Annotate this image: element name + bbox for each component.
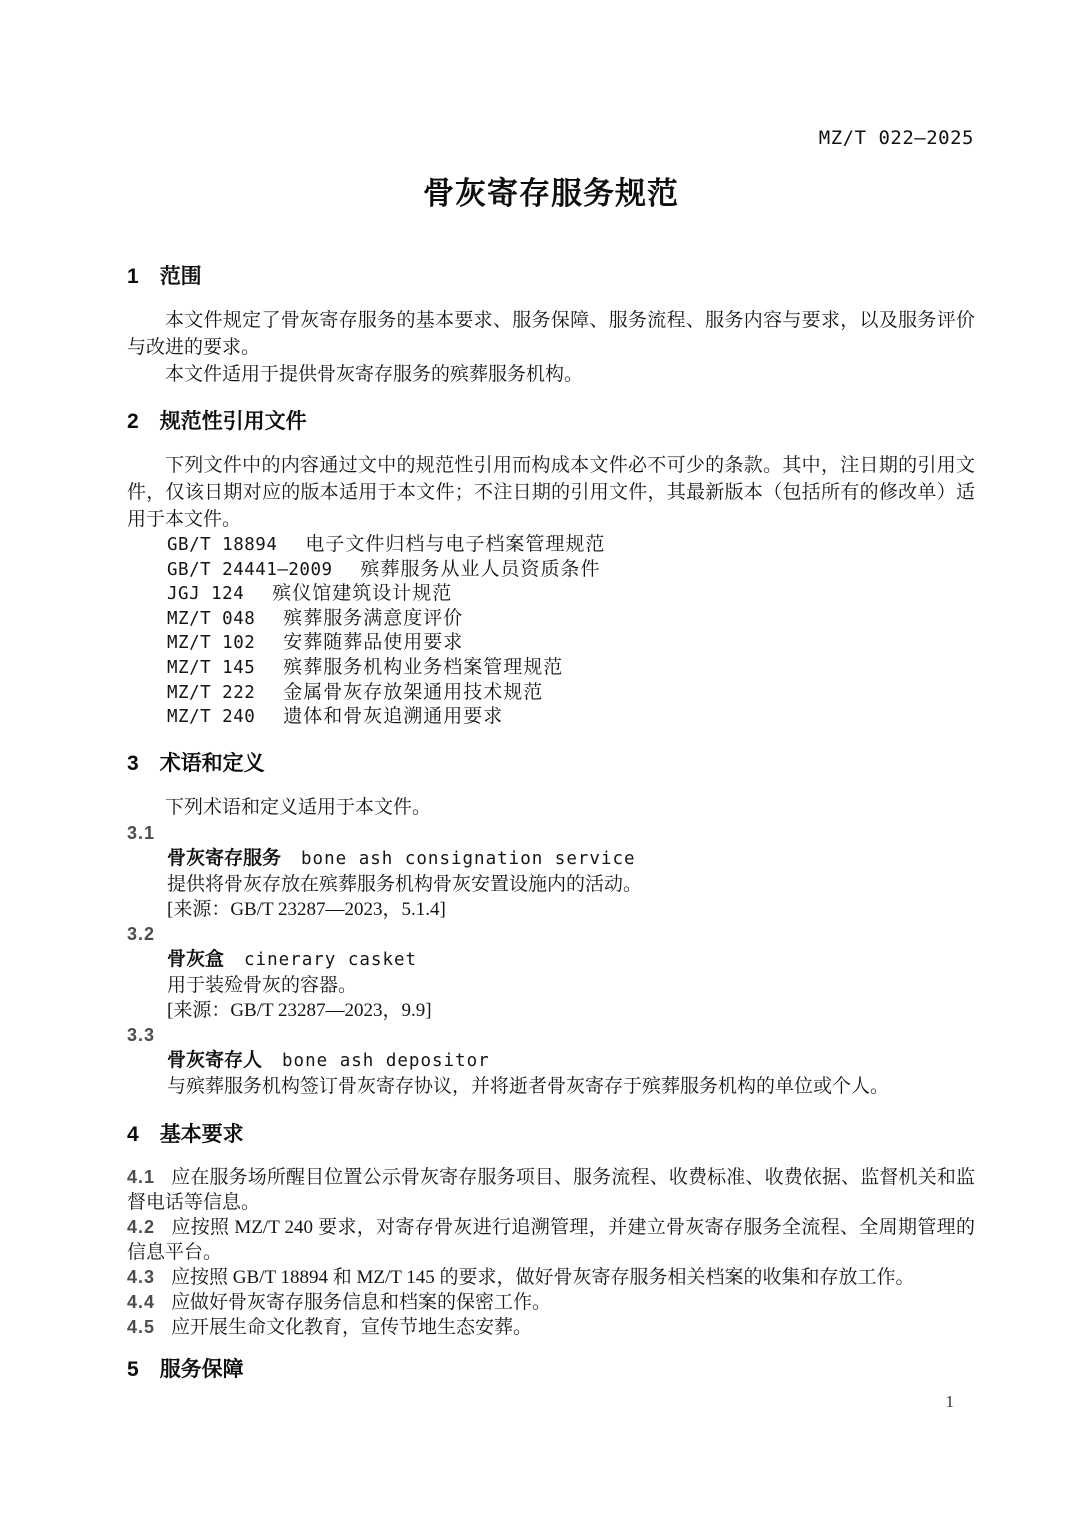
heading-number: 4 <box>127 1121 139 1149</box>
clause-number: 4.5 <box>127 1317 155 1337</box>
heading-number: 5 <box>127 1356 139 1384</box>
reference-code: MZ/T 222 <box>167 683 255 703</box>
reference-code: MZ/T 102 <box>167 633 255 653</box>
reference-code: MZ/T 048 <box>167 609 255 629</box>
term-name-zh: 骨灰寄存人 <box>167 1050 262 1071</box>
clause-text: 应按照 GB/T 18894 和 MZ/T 145 的要求，做好骨灰寄存服务相关… <box>171 1267 914 1288</box>
clause-text: 应做好骨灰寄存服务信息和档案的保密工作。 <box>171 1292 551 1313</box>
term-item: 3.3 骨灰寄存人bone ash depositor 与殡葬服务机构签订骨灰寄… <box>127 1023 975 1099</box>
section-normative-refs-heading: 2规范性引用文件 <box>127 408 975 436</box>
reference-item: GB/T 24441—2009殡葬服务从业人员资质条件 <box>127 558 975 583</box>
heading-text: 术语和定义 <box>160 752 265 775</box>
heading-number: 2 <box>127 408 139 436</box>
term-name: 骨灰寄存服务bone ash consignation service <box>127 846 975 872</box>
reference-item: GB/T 18894电子文件归档与电子档案管理规范 <box>127 533 975 558</box>
clause-number: 4.2 <box>127 1217 155 1237</box>
term-name: 骨灰盒cinerary casket <box>127 947 975 973</box>
reference-code: GB/T 18894 <box>167 535 277 555</box>
clause-item: 4.1应在服务场所醒目位置公示骨灰寄存服务项目、服务流程、收费标准、收费依据、监… <box>127 1165 975 1215</box>
term-source: [来源：GB/T 23287—2023，5.1.4] <box>127 897 975 922</box>
clause-item: 4.2应按照 MZ/T 240 要求，对寄存骨灰进行追溯管理，并建立骨灰寄存服务… <box>127 1215 975 1265</box>
clause-item: 4.5应开展生命文化教育，宣传节地生态安葬。 <box>127 1315 975 1340</box>
heading-text: 服务保障 <box>160 1358 244 1381</box>
term-name-en: cinerary casket <box>244 950 417 970</box>
heading-text: 基本要求 <box>160 1123 244 1146</box>
reference-item: MZ/T 222金属骨灰存放架通用技术规范 <box>127 681 975 706</box>
term-item: 3.1 骨灰寄存服务bone ash consignation service … <box>127 821 975 922</box>
standard-code: MZ/T 022—2025 <box>819 127 974 149</box>
clause-text: 应开展生命文化教育，宣传节地生态安葬。 <box>171 1317 532 1338</box>
reference-item: MZ/T 102安葬随葬品使用要求 <box>127 631 975 656</box>
term-name-en: bone ash depositor <box>282 1051 490 1071</box>
clause-number: 4.4 <box>127 1292 155 1312</box>
reference-item: MZ/T 145殡葬服务机构业务档案管理规范 <box>127 656 975 681</box>
page-number: 1 <box>946 1392 955 1412</box>
term-source: [来源：GB/T 23287—2023，9.9] <box>127 998 975 1023</box>
normative-refs-intro: 下列文件中的内容通过文中的规范性引用而构成本文件必不可少的条款。其中，注日期的引… <box>127 452 975 533</box>
reference-title: 电子文件归档与电子档案管理规范 <box>305 534 605 555</box>
term-name-zh: 骨灰盒 <box>167 949 224 970</box>
document-title: 骨灰寄存服务规范 <box>127 176 975 212</box>
term-definition: 与殡葬服务机构签订骨灰寄存协议，并将逝者骨灰寄存于殡葬服务机构的单位或个人。 <box>127 1074 975 1099</box>
term-definition: 提供将骨灰存放在殡葬服务机构骨灰安置设施内的活动。 <box>127 872 975 897</box>
section-scope-heading: 1范围 <box>127 263 975 291</box>
reference-item: JGJ 124殡仪馆建筑设计规范 <box>127 582 975 607</box>
scope-paragraph-1: 本文件规定了骨灰寄存服务的基本要求、服务保障、服务流程、服务内容与要求，以及服务… <box>127 307 975 361</box>
heading-text: 范围 <box>160 265 202 288</box>
clause-item: 4.4应做好骨灰寄存服务信息和档案的保密工作。 <box>127 1290 975 1315</box>
reference-item: MZ/T 048殡葬服务满意度评价 <box>127 607 975 632</box>
heading-number: 1 <box>127 263 139 291</box>
document-page: MZ/T 022—2025 骨灰寄存服务规范 1范围 本文件规定了骨灰寄存服务的… <box>0 0 1074 1520</box>
term-name-zh: 骨灰寄存服务 <box>167 848 281 869</box>
scope-paragraph-2: 本文件适用于提供骨灰寄存服务的殡葬服务机构。 <box>127 361 975 388</box>
section-terms-heading: 3术语和定义 <box>127 750 975 778</box>
term-name-en: bone ash consignation service <box>301 849 636 869</box>
heading-text: 规范性引用文件 <box>160 410 307 433</box>
clause-text: 应按照 MZ/T 240 要求，对寄存骨灰进行追溯管理，并建立骨灰寄存服务全流程… <box>127 1217 975 1263</box>
document-body: 1范围 本文件规定了骨灰寄存服务的基本要求、服务保障、服务流程、服务内容与要求，… <box>127 263 975 1400</box>
terms-intro: 下列术语和定义适用于本文件。 <box>127 794 975 821</box>
reference-list: GB/T 18894电子文件归档与电子档案管理规范 GB/T 24441—200… <box>127 533 975 730</box>
term-item: 3.2 骨灰盒cinerary casket 用于装殓骨灰的容器。 [来源：GB… <box>127 922 975 1023</box>
reference-title: 殡葬服务机构业务档案管理规范 <box>283 657 563 678</box>
clause-item: 4.3应按照 GB/T 18894 和 MZ/T 145 的要求，做好骨灰寄存服… <box>127 1265 975 1290</box>
term-number: 3.2 <box>127 922 975 947</box>
reference-code: MZ/T 145 <box>167 658 255 678</box>
section-basic-requirements-heading: 4基本要求 <box>127 1121 975 1149</box>
term-name: 骨灰寄存人bone ash depositor <box>127 1048 975 1074</box>
reference-title: 安葬随葬品使用要求 <box>283 632 463 653</box>
heading-number: 3 <box>127 750 139 778</box>
clause-text: 应在服务场所醒目位置公示骨灰寄存服务项目、服务流程、收费标准、收费依据、监督机关… <box>127 1167 975 1213</box>
term-number: 3.3 <box>127 1023 975 1048</box>
reference-title: 殡仪馆建筑设计规范 <box>272 583 452 604</box>
term-definition: 用于装殓骨灰的容器。 <box>127 973 975 998</box>
reference-title: 遗体和骨灰追溯通用要求 <box>283 706 503 727</box>
reference-code: JGJ 124 <box>167 584 244 604</box>
reference-code: MZ/T 240 <box>167 707 255 727</box>
term-number: 3.1 <box>127 821 975 846</box>
reference-item: MZ/T 240遗体和骨灰追溯通用要求 <box>127 705 975 730</box>
clause-number: 4.1 <box>127 1167 155 1187</box>
reference-title: 殡葬服务满意度评价 <box>283 608 463 629</box>
clause-number: 4.3 <box>127 1267 155 1287</box>
reference-code: GB/T 24441—2009 <box>167 560 333 580</box>
reference-title: 金属骨灰存放架通用技术规范 <box>283 682 543 703</box>
section-service-guarantee-heading: 5服务保障 <box>127 1356 975 1384</box>
reference-title: 殡葬服务从业人员资质条件 <box>361 559 601 580</box>
